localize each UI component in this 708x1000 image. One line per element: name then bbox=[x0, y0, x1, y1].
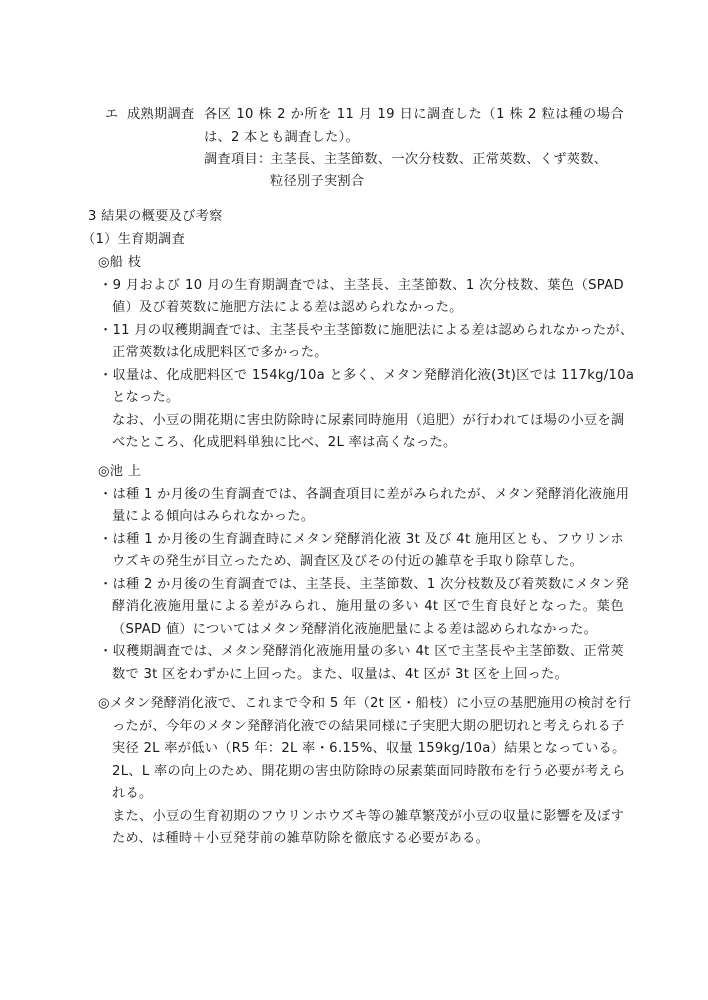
section-3-title: 3 結果の概要及び考察 bbox=[88, 210, 223, 223]
funae-heading: ◎船 枝 bbox=[98, 256, 141, 269]
section-e-marker: エ bbox=[105, 108, 119, 121]
ikegami-bullet-2-line1: ・は種 1 か月後の生育調査時にメタン発酵消化液 3t 及び 4t 施用区とも、… bbox=[99, 533, 624, 546]
funae-note-line1: なお、小豆の開花期に害虫防除時に尿素同時施用（追肥）が行われてほ場の小豆を調 bbox=[112, 414, 624, 427]
conclusion-line5: れる。 bbox=[112, 787, 152, 800]
section-e-items-line1: 主茎長、主茎節数、一次分枝数、正常莢数、くず莢数、 bbox=[270, 153, 607, 166]
section-e-heading: 成熟期調査 bbox=[127, 108, 194, 121]
funae-bullet-3-line2: となった。 bbox=[112, 391, 179, 404]
conclusion-line3: 実径 2L 率が低い（R5 年：2L 率・6.15%、収量 159kg/10a）… bbox=[112, 742, 624, 755]
section-e-text-line2: は、2 本とも調査した）。 bbox=[204, 131, 359, 144]
funae-bullet-1-line1: ・9 月および 10 月の生育期調査では、主茎長、主茎節数、1 次分枝数、葉色（… bbox=[99, 279, 624, 292]
funae-bullet-2-line1: ・11 月の収穫期調査では、主茎長や主茎節数に施肥法による差は認められなかったが… bbox=[99, 324, 624, 337]
conclusion-line4: 2L、L 率の向上のため、開花期の害虫防除時の尿素葉面同時散布を行う必要が考えら bbox=[112, 765, 624, 778]
conclusion-line2: ったが、今年のメタン発酵消化液での結果同様に子実肥大期の肥切れと考えられる子 bbox=[112, 720, 624, 733]
ikegami-bullet-4-line2: 数で 3t 区をわずかに上回った。また、収量は、4t 区が 3t 区を上回った。 bbox=[112, 668, 568, 681]
ikegami-bullet-1-line2: 量による傾向はみられなかった。 bbox=[112, 510, 314, 523]
ikegami-bullet-4-line1: ・収穫期調査では、メタン発酵消化液施用量の多い 4t 区で主茎長や主茎節数、正常… bbox=[99, 645, 624, 658]
funae-bullet-3-line1: ・収量は、化成肥料区で 154kg/10a と多く、メタン発酵消化液(3t)区で… bbox=[99, 369, 624, 382]
document-page: エ 成熟期調査 各区 10 株 2 か所を 11 月 19 日に調査した（1 株… bbox=[0, 0, 708, 1000]
funae-note-line2: べたところ、化成肥料単独に比べ、2L 率は高くなった。 bbox=[112, 436, 457, 449]
funae-bullet-2-line2: 正常莢数は化成肥料区で多かった。 bbox=[112, 346, 328, 359]
ikegami-bullet-3-line3: （SPAD 値）についてはメタン発酵消化液施肥量による差は認められなかった。 bbox=[112, 623, 597, 636]
ikegami-heading: ◎池 上 bbox=[98, 465, 141, 478]
conclusion-line6: また、小豆の生育初期のフウリンホウズキ等の雑草繁茂が小豆の収量に影響を及ぼす bbox=[112, 810, 624, 823]
section-e-text-line1: 各区 10 株 2 か所を 11 月 19 日に調査した（1 株 2 粒は種の場… bbox=[204, 108, 624, 121]
ikegami-bullet-3-line1: ・は種 2 か月後の生育調査では、主茎長、主茎節数、1 次分枝数及び着莢数にメタ… bbox=[99, 578, 624, 591]
conclusion-line7: ため、は種時＋小豆発芽前の雑草防除を徹底する必要がある。 bbox=[112, 832, 489, 845]
ikegami-bullet-2-line2: ウズキの発生が目立ったため、調査区及びその付近の雑草を手取り除草した。 bbox=[112, 555, 583, 568]
ikegami-bullet-3-line2: 酵消化液施用量による差がみられ、施用量の多い 4t 区で生育良好となった。葉色 bbox=[112, 600, 624, 613]
section-e-items-label: 調査項目： bbox=[204, 153, 271, 166]
funae-bullet-1-line2: 値）及び着莢数に施肥方法による差は認められなかった。 bbox=[112, 301, 463, 314]
subsection-1-title: （1）生育期調査 bbox=[82, 233, 185, 246]
section-e-items-line2: 粒径別子実割合 bbox=[270, 175, 364, 188]
ikegami-bullet-1-line1: ・は種 1 か月後の生育調査では、各調査項目に差がみられたが、メタン発酵消化液施… bbox=[99, 488, 624, 501]
conclusion-line1: ◎メタン発酵消化液で、これまで令和 5 年（2t 区・船枝）に小豆の基肥施用の検… bbox=[98, 697, 624, 710]
